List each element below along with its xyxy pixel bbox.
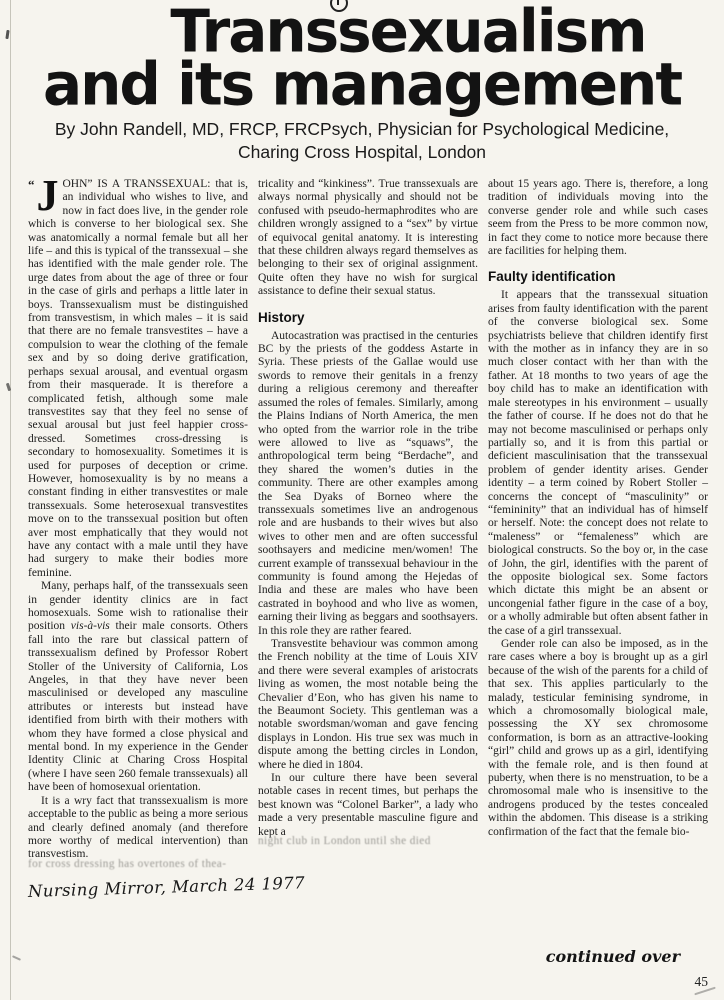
paragraph: Many, perhaps half, of the transsexuals … (28, 580, 248, 795)
paragraph: tricality and “kinkiness”. True transsex… (258, 178, 478, 299)
continued-over-label: continued over (546, 947, 680, 966)
text-run: about 15 years ago. There is, therefore,… (488, 178, 708, 257)
source-annotation: Nursing Mirror, March 24 1977 (28, 875, 248, 901)
paragraph: Autocastration was practised in the cent… (258, 330, 478, 638)
text-run: Autocastration was practised in the cent… (258, 330, 478, 637)
paragraph: Gender role can also be imposed, as in t… (488, 638, 708, 839)
scan-speck (12, 955, 21, 960)
byline-line2: Charing Cross Hospital, London (0, 141, 724, 164)
magazine-page: Transsexualism and its management By Joh… (0, 0, 724, 1000)
scan-edge-line (10, 0, 11, 1000)
text-run: It appears that the transsexual situatio… (488, 289, 708, 636)
text-run: It is a wry fact that transsexualism is … (28, 795, 248, 861)
opening-paragraph: “JOHN” IS A TRANSSEXUAL: that is, an ind… (28, 178, 248, 580)
text-run: Transvestite behaviour was common among … (258, 638, 478, 771)
section-heading: History (258, 310, 478, 325)
dropcap-letter: J (37, 179, 59, 213)
text-run: OHN” IS A TRANSSEXUAL: that is, an indiv… (28, 178, 248, 579)
paragraph: about 15 years ago. There is, therefore,… (488, 178, 708, 258)
paragraph: In our culture there have been several n… (258, 772, 478, 839)
text-column-2: tricality and “kinkiness”. True transsex… (258, 178, 478, 901)
paragraph: Transvestite behaviour was common among … (258, 638, 478, 772)
article-columns: “JOHN” IS A TRANSSEXUAL: that is, an ind… (28, 178, 708, 901)
text-column-3: about 15 years ago. There is, therefore,… (488, 178, 708, 901)
text-run: tricality and “kinkiness”. True transsex… (258, 178, 478, 297)
faded-overprint-line: night club in London until she died (258, 835, 478, 847)
page-number: 45 (695, 974, 709, 990)
paragraph: It is a wry fact that transsexualism is … (28, 795, 248, 862)
byline-line1: By John Randell, MD, FRCP, FRCPsych, Phy… (0, 118, 724, 141)
text-run: their male consorts. Others fall into th… (28, 620, 248, 793)
text-run: vis-à-vis (71, 620, 110, 632)
byline: By John Randell, MD, FRCP, FRCPsych, Phy… (0, 118, 724, 164)
section-heading: Faulty identification (488, 269, 708, 284)
article-title: Transsexualism and its management (0, 0, 724, 110)
paragraph: It appears that the transsexual situatio… (488, 289, 708, 638)
text-column-1: “JOHN” IS A TRANSSEXUAL: that is, an ind… (28, 178, 248, 901)
text-run: Gender role can also be imposed, as in t… (488, 638, 708, 838)
article-title-line2: and its management (0, 57, 724, 110)
opening-quote-mark: “ (28, 178, 35, 191)
text-run: In our culture there have been several n… (258, 772, 478, 838)
faded-overprint-line: for cross dressing has overtones of thea… (28, 858, 248, 870)
